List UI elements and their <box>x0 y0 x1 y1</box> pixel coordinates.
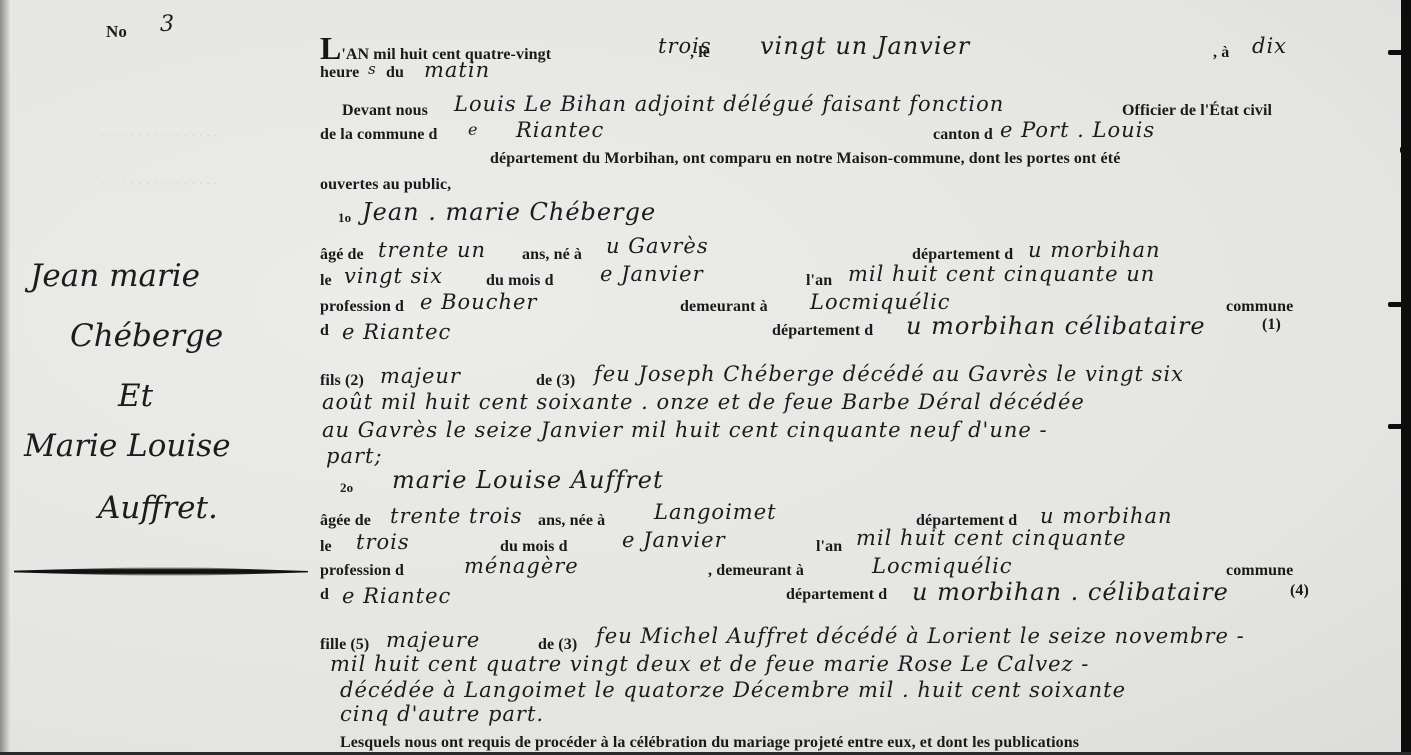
groom-month-label: du mois d <box>486 272 554 290</box>
bride-dept-handwritten: u morbihan <box>1040 504 1173 528</box>
bride-majeure-handwritten: majeure <box>386 628 480 652</box>
border-tick <box>1400 146 1406 154</box>
groom-fils-label: fils (2) <box>320 372 364 390</box>
groom-majeur-handwritten: majeur <box>380 364 461 388</box>
groom-dept2-status-handwritten: u morbihan célibataire <box>906 312 1206 340</box>
bride-note-4: (4) <box>1290 582 1309 600</box>
bride-parents-line-1: feu Michel Auffret décédé à Lorient le s… <box>596 624 1245 648</box>
entry-number-value: 3 <box>160 12 175 37</box>
groom-number: 1o <box>338 210 351 226</box>
page-right-border <box>1401 0 1411 755</box>
groom-le-label: le <box>320 272 332 290</box>
commune-handwritten: Riantec <box>516 118 604 142</box>
border-tick <box>1388 302 1404 307</box>
heure-label: heure <box>320 64 359 82</box>
decorative-initial: L <box>320 30 341 66</box>
groom-parents-line-2: août mil huit cent soixante . onze et de… <box>322 390 1085 414</box>
devant-nous-label: Devant nous <box>342 102 428 120</box>
groom-residence-label: demeurant à <box>680 298 768 316</box>
groom-profession-handwritten: e Boucher <box>420 290 537 314</box>
bride-profession-label: profession d <box>320 562 404 580</box>
groom-d-label: d <box>320 322 329 340</box>
bride-born-label: ans, née à <box>538 512 605 530</box>
departement-printed-line: département du Morbihan, ont comparu en … <box>490 150 1120 168</box>
bride-d-label: d <box>320 586 329 604</box>
bride-profession-handwritten: ménagère <box>464 554 579 578</box>
hour-handwritten: dix <box>1252 34 1287 58</box>
groom-de3-label: de (3) <box>536 372 575 390</box>
margin-divider-rule <box>14 567 308 576</box>
border-tick <box>1388 50 1404 55</box>
page-binding-edge <box>0 0 10 755</box>
margin-groom-surname: Chéberge <box>70 318 223 354</box>
commune-label: de la commune d <box>320 126 438 144</box>
canton-handwritten: e Port . Louis <box>1000 118 1155 142</box>
bride-dept2-label: département d <box>786 586 887 604</box>
commune-prefix: e <box>468 120 478 139</box>
ouvertes-printed-line: ouvertes au public, <box>320 176 451 194</box>
margin-groom-given-name: Jean marie <box>30 258 200 294</box>
register-page: · · · · · · · · · · · · · · · · · · · · … <box>0 0 1411 755</box>
bride-name-handwritten: marie Louise Auffret <box>392 466 664 494</box>
bleed-through-text: · · · · · · · · · · · · · · · · <box>100 128 218 144</box>
bride-parents-line-2: mil huit cent quatre vingt deux et de fe… <box>330 652 1089 676</box>
bride-commune-handwritten: e Riantec <box>342 584 451 608</box>
officer-name-handwritten: Louis Le Bihan adjoint délégué faisant f… <box>454 92 1004 116</box>
bride-commune-label: commune <box>1226 562 1293 580</box>
bride-dept2-status-handwritten: u morbihan . célibataire <box>912 578 1229 606</box>
groom-born-label: ans, né à <box>522 246 582 264</box>
bride-birthplace-handwritten: Langoimet <box>654 500 777 524</box>
groom-residence-handwritten: Locmiquélic <box>810 290 951 314</box>
groom-birth-year-handwritten: mil huit cent cinquante un <box>848 262 1155 286</box>
entry-number-label: No <box>106 22 127 42</box>
margin-bride-surname: Auffret. <box>98 490 218 526</box>
bride-parents-line-4: cinq d'autre part. <box>340 702 544 726</box>
groom-age-label: âgé de <box>320 246 364 264</box>
bride-year-label: l'an <box>816 538 842 556</box>
groom-note-1: (1) <box>1262 316 1281 334</box>
bride-residence-handwritten: Locmiquélic <box>872 554 1013 578</box>
bride-age-handwritten: trente trois <box>390 504 523 528</box>
margin-conjunction: Et <box>118 378 153 414</box>
groom-commune-handwritten: e Riantec <box>342 320 451 344</box>
heure-suffix: s <box>368 60 377 78</box>
lesquels-printed-line: Lesquels nous ont requis de procéder à l… <box>340 734 1079 752</box>
time-handwritten: matin <box>424 58 490 82</box>
a-label: , à <box>1213 44 1229 62</box>
le-label: , le <box>690 44 710 62</box>
groom-profession-label: profession d <box>320 298 404 316</box>
canton-label: canton d <box>933 126 993 144</box>
bleed-through-text: · · · · · · · · · · · · · · · · <box>100 176 218 192</box>
bride-residence-label: , demeurant à <box>708 562 804 580</box>
groom-birth-day-handwritten: vingt six <box>344 264 443 288</box>
groom-year-label: l'an <box>806 272 832 290</box>
bride-birth-day-handwritten: trois <box>356 530 410 554</box>
groom-parents-line-1: feu Joseph Chéberge décédé au Gavrès le … <box>594 362 1184 386</box>
bride-parents-line-3: décédée à Langoimet le quatorze Décembre… <box>340 678 1126 702</box>
bride-birth-month-handwritten: e Janvier <box>622 528 726 552</box>
groom-birthplace-handwritten: u Gavrès <box>606 234 709 258</box>
groom-age-handwritten: trente un <box>378 238 486 262</box>
bride-birth-year-handwritten: mil huit cent cinquante <box>856 526 1127 550</box>
margin-bride-given-name: Marie Louise <box>24 428 231 464</box>
groom-name-handwritten: Jean . marie Chéberge <box>362 198 656 226</box>
groom-commune-label: commune <box>1226 298 1293 316</box>
groom-birth-month-handwritten: e Janvier <box>600 262 704 286</box>
groom-parents-line-4: part; <box>326 444 383 468</box>
bride-number: 2o <box>340 480 353 496</box>
groom-parents-line-3: au Gavrès le seize Janvier mil huit cent… <box>322 418 1048 442</box>
border-tick <box>1388 424 1404 429</box>
date-handwritten: vingt un Janvier <box>760 32 970 60</box>
groom-dept-handwritten: u morbihan <box>1028 238 1161 262</box>
du-label: du <box>386 64 404 82</box>
groom-dept2-label: département d <box>772 322 873 340</box>
bride-age-label: âgée de <box>320 512 371 530</box>
bride-le-label: le <box>320 538 332 556</box>
